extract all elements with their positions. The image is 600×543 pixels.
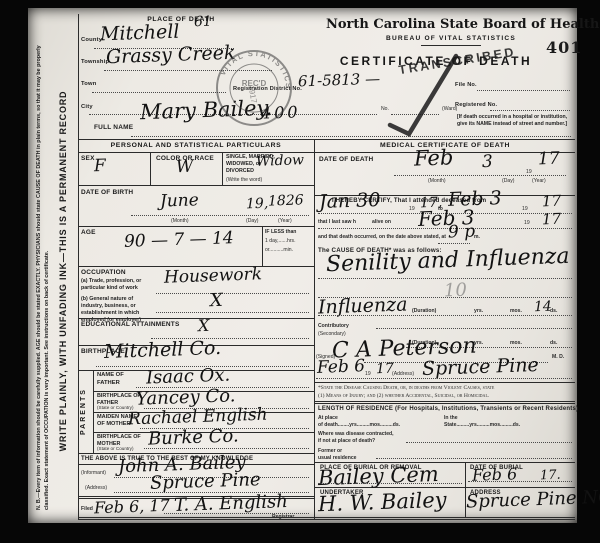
secondary-caption: (Secondary) (318, 331, 346, 337)
former-label-1: Former or (318, 448, 342, 454)
death-occurred-label: and that death occurred, on the date abo… (318, 234, 446, 240)
death-time-line (438, 243, 470, 244)
dob-month-value: June (160, 192, 199, 210)
sex-cell-divider (150, 152, 151, 185)
attended-from-value: Jan 30 (319, 191, 381, 212)
checkmark-annotation (376, 48, 471, 143)
footnote-line-2: (1) Means of Injury; and (2) whether Acc… (318, 393, 489, 399)
physician-address: Spruce Pine (422, 356, 539, 379)
contributory-label: Contributory (318, 323, 349, 329)
color-cell-divider (222, 152, 223, 185)
vital-statistics-received-stamp: VITAL STATISTICS REC'D 1917 (212, 46, 296, 130)
margin-note: N. B.—Every item of information should b… (35, 32, 51, 510)
county-value: Mitchell (100, 23, 180, 45)
dod-19-printed: 19 (526, 169, 532, 175)
hospital-note: [If death occurred in a hospital or inst… (457, 114, 570, 128)
occupation-bottom-line (78, 318, 314, 319)
file-no-line (477, 90, 570, 91)
father-name-value: Isaac Ox. (146, 367, 231, 388)
signature-address-caption: (Address) (392, 371, 414, 377)
certificate-paper: N. B.—Every item of information should b… (28, 8, 577, 523)
contracted-label-2: if not at place of death? (318, 438, 375, 444)
informant-caption: (Informant) (81, 470, 106, 476)
to-19-printed: 19 (522, 206, 528, 212)
father-name-label: NAME OF FATHER (97, 372, 135, 387)
city-label: City (81, 104, 93, 110)
at-place-label-2: of death........yrs.........mos.........… (318, 422, 400, 428)
color-value: W (176, 159, 194, 177)
town-label: Town (81, 81, 97, 87)
dob-year-caption: (Year) (278, 218, 292, 224)
date-of-death-label: DATE OF DEATH (319, 156, 373, 163)
education-value: X (198, 318, 210, 334)
marital-caption: (Write the word) (226, 177, 262, 183)
filed-date-value: Feb 6, 17 (94, 498, 170, 517)
dod-day-caption: (Day) (502, 178, 514, 184)
sign-19-printed: 19 (365, 371, 371, 377)
full-name-label: FULL NAME (94, 124, 133, 131)
bottom-line-2 (78, 519, 575, 520)
contracted-label-1: Where was disease contracted, (318, 431, 394, 437)
sex-value: F (94, 158, 106, 175)
dob-month-caption: (Month) (171, 218, 189, 224)
burial-place-line (318, 483, 462, 484)
last-saw-label: that I last saw h (318, 219, 356, 225)
bottom-line-1 (78, 517, 575, 518)
md-label: M. D. (552, 354, 564, 360)
undertaker-value: H. W. Bailey (318, 490, 447, 515)
burial-top-line (315, 462, 575, 463)
mos-label-2: mos. (510, 340, 522, 346)
from-19-printed: 19 (409, 206, 415, 212)
residence-title: LENGTH OF RESIDENCE (For Hospitals, Inst… (318, 406, 578, 412)
death-time-value: 9 p (448, 224, 476, 242)
scanned-death-certificate: N. B.—Every item of information should b… (0, 0, 600, 543)
in-state-label-1: In the (444, 415, 458, 421)
dod-month-value: Feb (414, 147, 454, 169)
county-label: County (81, 37, 102, 43)
margin-write-plainly: WRITE PLAINLY, WITH UNFADING INK—THIS IS… (58, 42, 68, 500)
dob-year-value: 1826 (268, 193, 304, 208)
at-place-label-1: At place (318, 415, 338, 421)
occupation-a-label: (a) Trade, profession, or particular kin… (81, 278, 153, 292)
residence-top-line-2 (315, 403, 575, 404)
marital-value: Widow (256, 153, 304, 169)
footnote-line-1: *State the Disease Causing Death, or, in… (318, 385, 494, 391)
registration-district-value: 61-5813 — (298, 72, 381, 90)
stamp-year-text: 1917 (247, 85, 259, 105)
education-label: EDUCATIONAL ATTAINMENTS (81, 321, 179, 328)
age-label: AGE (81, 229, 96, 236)
mother-birthplace-value: Burke Co. (148, 427, 239, 448)
dob-label: DATE OF BIRTH (81, 189, 133, 196)
header-separator-line (78, 139, 575, 140)
contracted-line (406, 442, 572, 443)
if-less-label-1: IF LESS than (265, 229, 296, 235)
occupation-label: OCCUPATION (81, 269, 126, 276)
row1-bottom-line (78, 185, 314, 186)
certificate-form: PLACE OF DEATH County Mitchell 61 Townsh… (76, 10, 576, 522)
bureau-subtitle: BUREAU OF VITAL STATISTICS (326, 35, 576, 42)
full-name-line (131, 136, 571, 137)
ds-label-2: ds. (550, 340, 557, 346)
parents-side-label: PARENTS (80, 370, 87, 453)
duration-caption-1: (Duration) (412, 308, 436, 314)
footnote-top-line (315, 382, 575, 383)
former-line (376, 458, 572, 459)
township-label: Township (81, 59, 109, 65)
age-subcell-divider (262, 226, 263, 266)
occupation-a-value: Housework (164, 266, 263, 286)
birthplace-value: Mitchell Co. (104, 339, 222, 362)
informant-address-value: Spruce Pine (150, 471, 261, 493)
yrs-label-1: yrs. (474, 308, 483, 314)
ds-label-1: ds. (550, 308, 557, 314)
influenza-line (318, 315, 572, 316)
board-of-health-title: North Carolina State Board of Health (326, 17, 576, 32)
cause-of-death-value: Senility and Influenza (326, 246, 570, 276)
dob-bottom-line (78, 226, 314, 227)
occupation-b-line (156, 312, 309, 313)
dob-line (131, 215, 309, 216)
occupation-b-value: X (210, 292, 223, 310)
signature-date: Feb 6 (317, 358, 366, 377)
residence-top-line-1 (315, 401, 575, 402)
signature-date-line (316, 378, 572, 379)
filed-label: Filed (81, 506, 93, 512)
lastsaw-19-printed: 19 (524, 220, 530, 226)
burial-place-value: Bailey Cem (318, 464, 439, 489)
registrar-signature: T. A. English (174, 493, 288, 515)
occupation-b-label: (b) General nature of industry, business… (81, 296, 155, 324)
alive-on-label: alive on (372, 219, 391, 225)
dod-year-caption: (Year) (532, 178, 546, 184)
mos-label-1: mos. (510, 308, 522, 314)
date-of-death-line (394, 175, 566, 176)
mother-name-value: Rachael English (128, 407, 268, 429)
burial-date-line (468, 481, 572, 482)
personal-section-title: PERSONAL AND STATISTICAL PARTICULARS (78, 142, 314, 149)
if-less-label-2: 1 day,......hrs. (265, 238, 295, 244)
certificate-number: 401 (546, 38, 582, 57)
last-saw-line (318, 228, 572, 229)
in-state-label-2: State.........yrs.........mos.........ds… (444, 422, 520, 428)
registrar-caption: Registrar. (272, 514, 296, 520)
registered-no-line (490, 110, 570, 111)
former-label-2: usual residence (318, 455, 357, 461)
town-line (92, 92, 226, 93)
cause-line-1 (318, 278, 572, 279)
last-saw-year: 17 (542, 212, 562, 228)
m-label: m. (474, 234, 480, 240)
dod-month-caption: (Month) (428, 178, 446, 184)
undertaker-address-value: Spruce Pine NC (466, 488, 600, 511)
age-value: 90 — 7 — 14 (124, 230, 234, 251)
occupation-a-line (156, 293, 309, 294)
bureau-rule (421, 45, 481, 46)
dod-day-value: 3 (482, 154, 493, 171)
if-less-label-3: or..........min. (265, 247, 293, 253)
county-number: 61 (194, 15, 212, 30)
contributory-line (376, 328, 572, 329)
dob-day-value: 19, (246, 197, 269, 212)
dob-day-caption: (Day) (246, 218, 258, 224)
attended-to-year: 17 (542, 194, 562, 210)
mother-birthplace-caption: (State or Country) (97, 446, 134, 451)
dod-year-value: 17 (538, 151, 560, 169)
informant-address-caption: (Address) (85, 485, 107, 491)
sex-label: SEX (81, 155, 95, 162)
